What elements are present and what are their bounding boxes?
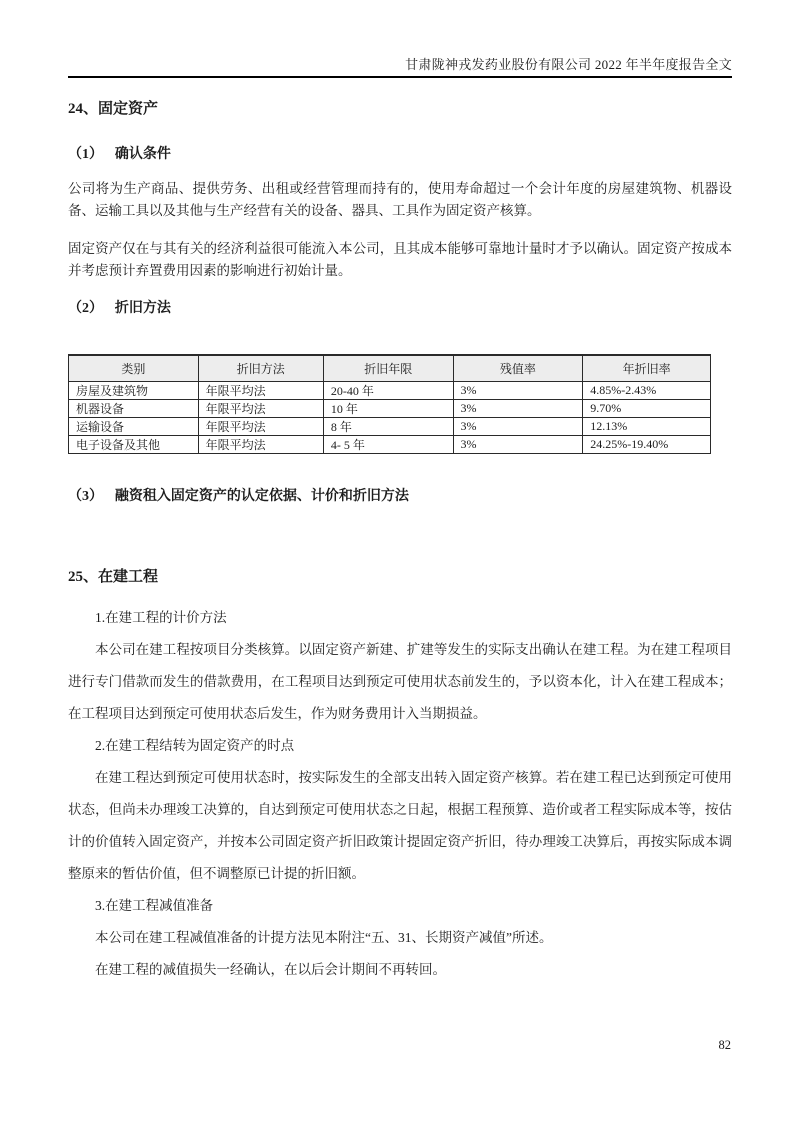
section-25-item-3: 3.在建工程减值准备: [68, 890, 732, 922]
heading-number: （3）: [68, 489, 103, 504]
table-row: 房屋及建筑物 年限平均法 20-40 年 3% 4.85%-2.43%: [69, 382, 711, 400]
table-cell: 机器设备: [69, 400, 199, 418]
table-cell: 8 年: [323, 418, 453, 436]
section-24-paragraph-2: 固定资产仅在与其有关的经济利益很可能流入本公司，且其成本能够可靠地计量时才予以确…: [68, 238, 732, 282]
table-cell: 年限平均法: [198, 382, 323, 400]
header-rule: [68, 76, 732, 78]
table-cell: 年限平均法: [198, 436, 323, 454]
heading-title: 确认条件: [115, 147, 171, 162]
table-row: 电子设备及其他 年限平均法 4- 5 年 3% 24.25%-19.40%: [69, 436, 711, 454]
section-25-paragraph-4: 在建工程的减值损失一经确认，在以后会计期间不再转回。: [68, 954, 732, 986]
table-header-cell: 残值率: [453, 355, 583, 382]
table-cell: 3%: [453, 382, 583, 400]
section-25-paragraph-1: 本公司在建工程按项目分类核算。以固定资产新建、扩建等发生的实际支出确认在建工程。…: [68, 634, 732, 730]
table-header-row: 类别 折旧方法 折旧年限 残值率 年折旧率: [69, 355, 711, 382]
depreciation-table: 类别 折旧方法 折旧年限 残值率 年折旧率 房屋及建筑物 年限平均法 20-40…: [68, 354, 711, 454]
table-cell: 24.25%-19.40%: [583, 436, 711, 454]
section-25-item-1: 1.在建工程的计价方法: [68, 602, 732, 634]
table-cell: 房屋及建筑物: [69, 382, 199, 400]
section-25-item-2: 2.在建工程结转为固定资产的时点: [68, 730, 732, 762]
table-header-cell: 折旧年限: [323, 355, 453, 382]
table-row: 机器设备 年限平均法 10 年 3% 9.70%: [69, 400, 711, 418]
section-25-body: 1.在建工程的计价方法 本公司在建工程按项目分类核算。以固定资产新建、扩建等发生…: [68, 602, 732, 986]
section-25-paragraph-3: 本公司在建工程减值准备的计提方法见本附注“五、31、长期资产减值”所述。: [68, 922, 732, 954]
table-cell: 10 年: [323, 400, 453, 418]
table-cell: 运输设备: [69, 418, 199, 436]
table-cell: 3%: [453, 418, 583, 436]
report-header-title: 甘肃陇神戎发药业股份有限公司 2022 年半年度报告全文: [68, 57, 732, 73]
section-24-sub3-heading: （3）融资租入固定资产的认定依据、计价和折旧方法: [68, 487, 732, 506]
section-24-paragraph-1: 公司将为生产商品、提供劳务、出租或经营管理而持有的，使用寿命超过一个会计年度的房…: [68, 178, 732, 222]
table-cell: 4.85%-2.43%: [583, 382, 711, 400]
heading-number: （1）: [68, 147, 103, 162]
table-cell: 电子设备及其他: [69, 436, 199, 454]
table-cell: 3%: [453, 436, 583, 454]
heading-title: 融资租入固定资产的认定依据、计价和折旧方法: [115, 489, 409, 504]
table-cell: 12.13%: [583, 418, 711, 436]
page-number: 82: [719, 1038, 732, 1053]
table-cell: 9.70%: [583, 400, 711, 418]
table-cell: 3%: [453, 400, 583, 418]
heading-number: （2）: [68, 301, 103, 316]
table-cell: 年限平均法: [198, 418, 323, 436]
table-cell: 4- 5 年: [323, 436, 453, 454]
table-cell: 20-40 年: [323, 382, 453, 400]
section-24-sub1-heading: （1）确认条件: [68, 145, 732, 164]
table-header-cell: 类别: [69, 355, 199, 382]
section-24-heading: 24、固定资产: [68, 99, 732, 119]
table-cell: 年限平均法: [198, 400, 323, 418]
heading-title: 折旧方法: [115, 301, 171, 316]
table-header-cell: 折旧方法: [198, 355, 323, 382]
report-page: 甘肃陇神戎发药业股份有限公司 2022 年半年度报告全文 24、固定资产 （1）…: [0, 0, 793, 1122]
section-24-sub2-heading: （2）折旧方法: [68, 299, 732, 318]
section-25-paragraph-2: 在建工程达到预定可使用状态时，按实际发生的全部支出转入固定资产核算。若在建工程已…: [68, 762, 732, 890]
section-25-heading: 25、在建工程: [68, 567, 732, 587]
table-header-cell: 年折旧率: [583, 355, 711, 382]
table-row: 运输设备 年限平均法 8 年 3% 12.13%: [69, 418, 711, 436]
